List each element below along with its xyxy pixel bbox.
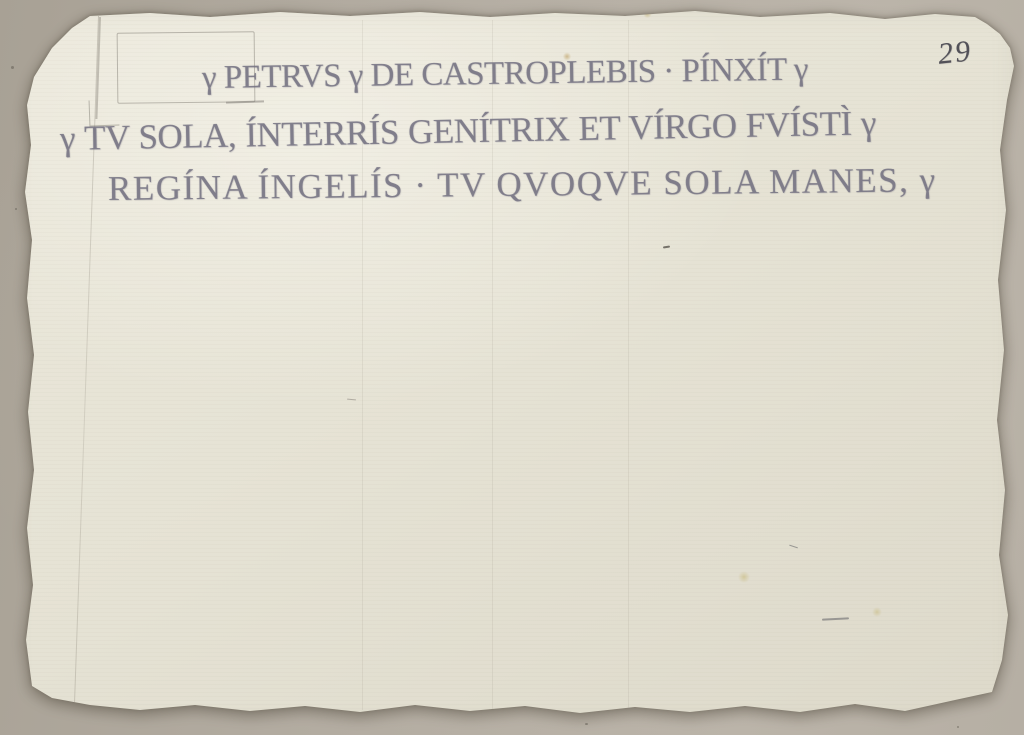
inscription-line-3: REGÍNA ÍNGELÍS · TV QVOQVE SOLA MANES, γ: [108, 162, 937, 206]
pencil-dash: [789, 545, 798, 549]
inscription-line-2: γ TV SOLA, ÍNTERRÍS GENÍTRIX ET VÍRGO FV…: [60, 105, 877, 156]
photograph-of-document: γ PETRVS γ DE CASTROPLEBIS · PÍNXÍT γ γ …: [0, 0, 1024, 735]
stain: [738, 571, 750, 583]
stain: [563, 52, 571, 61]
paper-sheet-wrapper: γ PETRVS γ DE CASTROPLEBIS · PÍNXÍT γ γ …: [0, 0, 1024, 735]
paper-sheet: γ PETRVS γ DE CASTROPLEBIS · PÍNXÍT γ γ …: [0, 0, 1024, 735]
ink-speck: [663, 246, 670, 249]
folio-number: 29: [936, 34, 973, 71]
stain: [643, 10, 652, 18]
petrus-underline-stroke: [226, 100, 264, 103]
pencil-dash: [347, 399, 356, 401]
pencil-dash: [822, 617, 849, 620]
inscription-line-1: γ PETRVS γ DE CASTROPLEBIS · PÍNXÍT γ: [202, 54, 808, 95]
stain: [872, 607, 882, 617]
